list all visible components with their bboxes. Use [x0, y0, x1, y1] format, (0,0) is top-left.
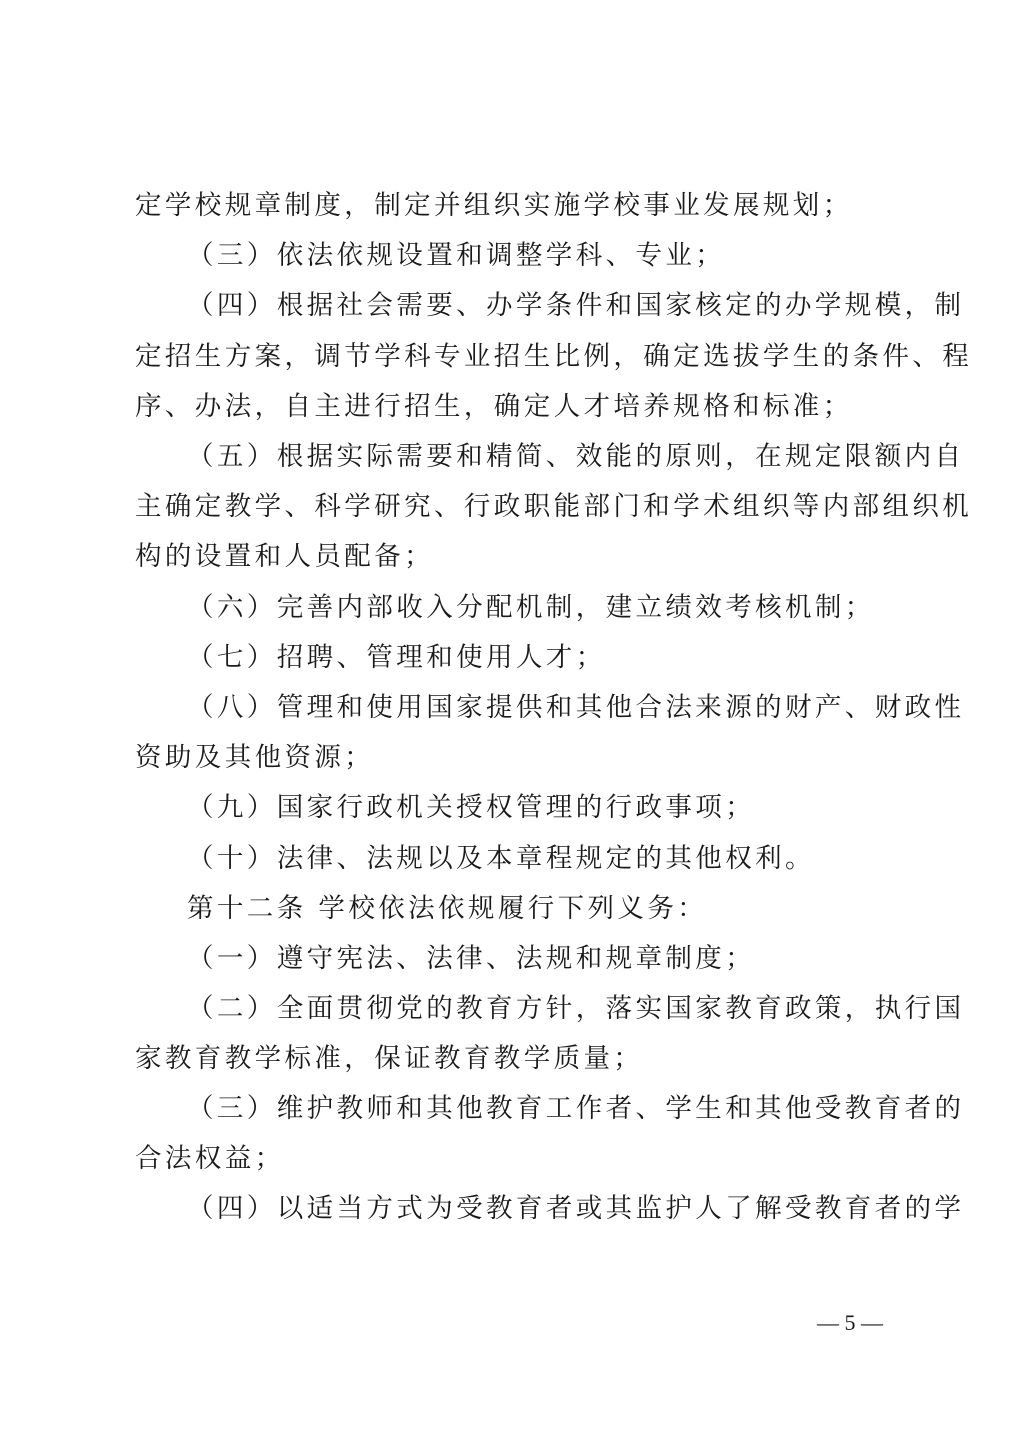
text-line: （九）国家行政机关授权管理的行政事项； [187, 792, 947, 824]
text-line: 家教育教学标准，保证教育教学质量； [135, 1043, 895, 1075]
text-line: （七）招聘、管理和使用人才； [187, 642, 947, 674]
text-line: （八）管理和使用国家提供和其他合法来源的财产、财政性 [187, 692, 947, 724]
text-line: （二）全面贯彻党的教育方针，落实国家教育政策，执行国 [187, 993, 947, 1025]
text-line: 合法权益； [135, 1143, 895, 1175]
text-line: 序、办法，自主进行招生，确定人才培养规格和标准； [135, 391, 895, 423]
text-line: 构的设置和人员配备； [135, 541, 895, 573]
text-line: （六）完善内部收入分配机制，建立绩效考核机制； [187, 592, 947, 624]
text-line: （三）依法依规设置和调整学科、专业； [187, 240, 947, 272]
text-line: （四）以适当方式为受教育者或其监护人了解受教育者的学 [187, 1193, 947, 1225]
text-line: 主确定教学、科学研究、行政职能部门和学术组织等内部组织机 [135, 491, 895, 523]
document-page: 定学校规章制度，制定并组织实施学校事业发展规划； （三）依法依规设置和调整学科、… [0, 0, 1024, 1448]
text-line: 定学校规章制度，制定并组织实施学校事业发展规划； [135, 190, 895, 222]
text-line: （四）根据社会需要、办学条件和国家核定的办学规模，制 [187, 290, 947, 322]
page-number: — 5 — [800, 1310, 900, 1336]
text-line: （五）根据实际需要和精简、效能的原则，在规定限额内自 [187, 441, 947, 473]
text-line: （三）维护教师和其他教育工作者、学生和其他受教育者的 [187, 1093, 947, 1125]
article-heading: 第十二条 学校依法依规履行下列义务： [187, 893, 947, 925]
text-line: （一）遵守宪法、法律、法规和规章制度； [187, 943, 947, 975]
text-line: （十）法律、法规以及本章程规定的其他权利。 [187, 843, 947, 875]
text-line: 资助及其他资源； [135, 742, 895, 774]
text-line: 定招生方案，调节学科专业招生比例，确定选拔学生的条件、程 [135, 341, 895, 373]
